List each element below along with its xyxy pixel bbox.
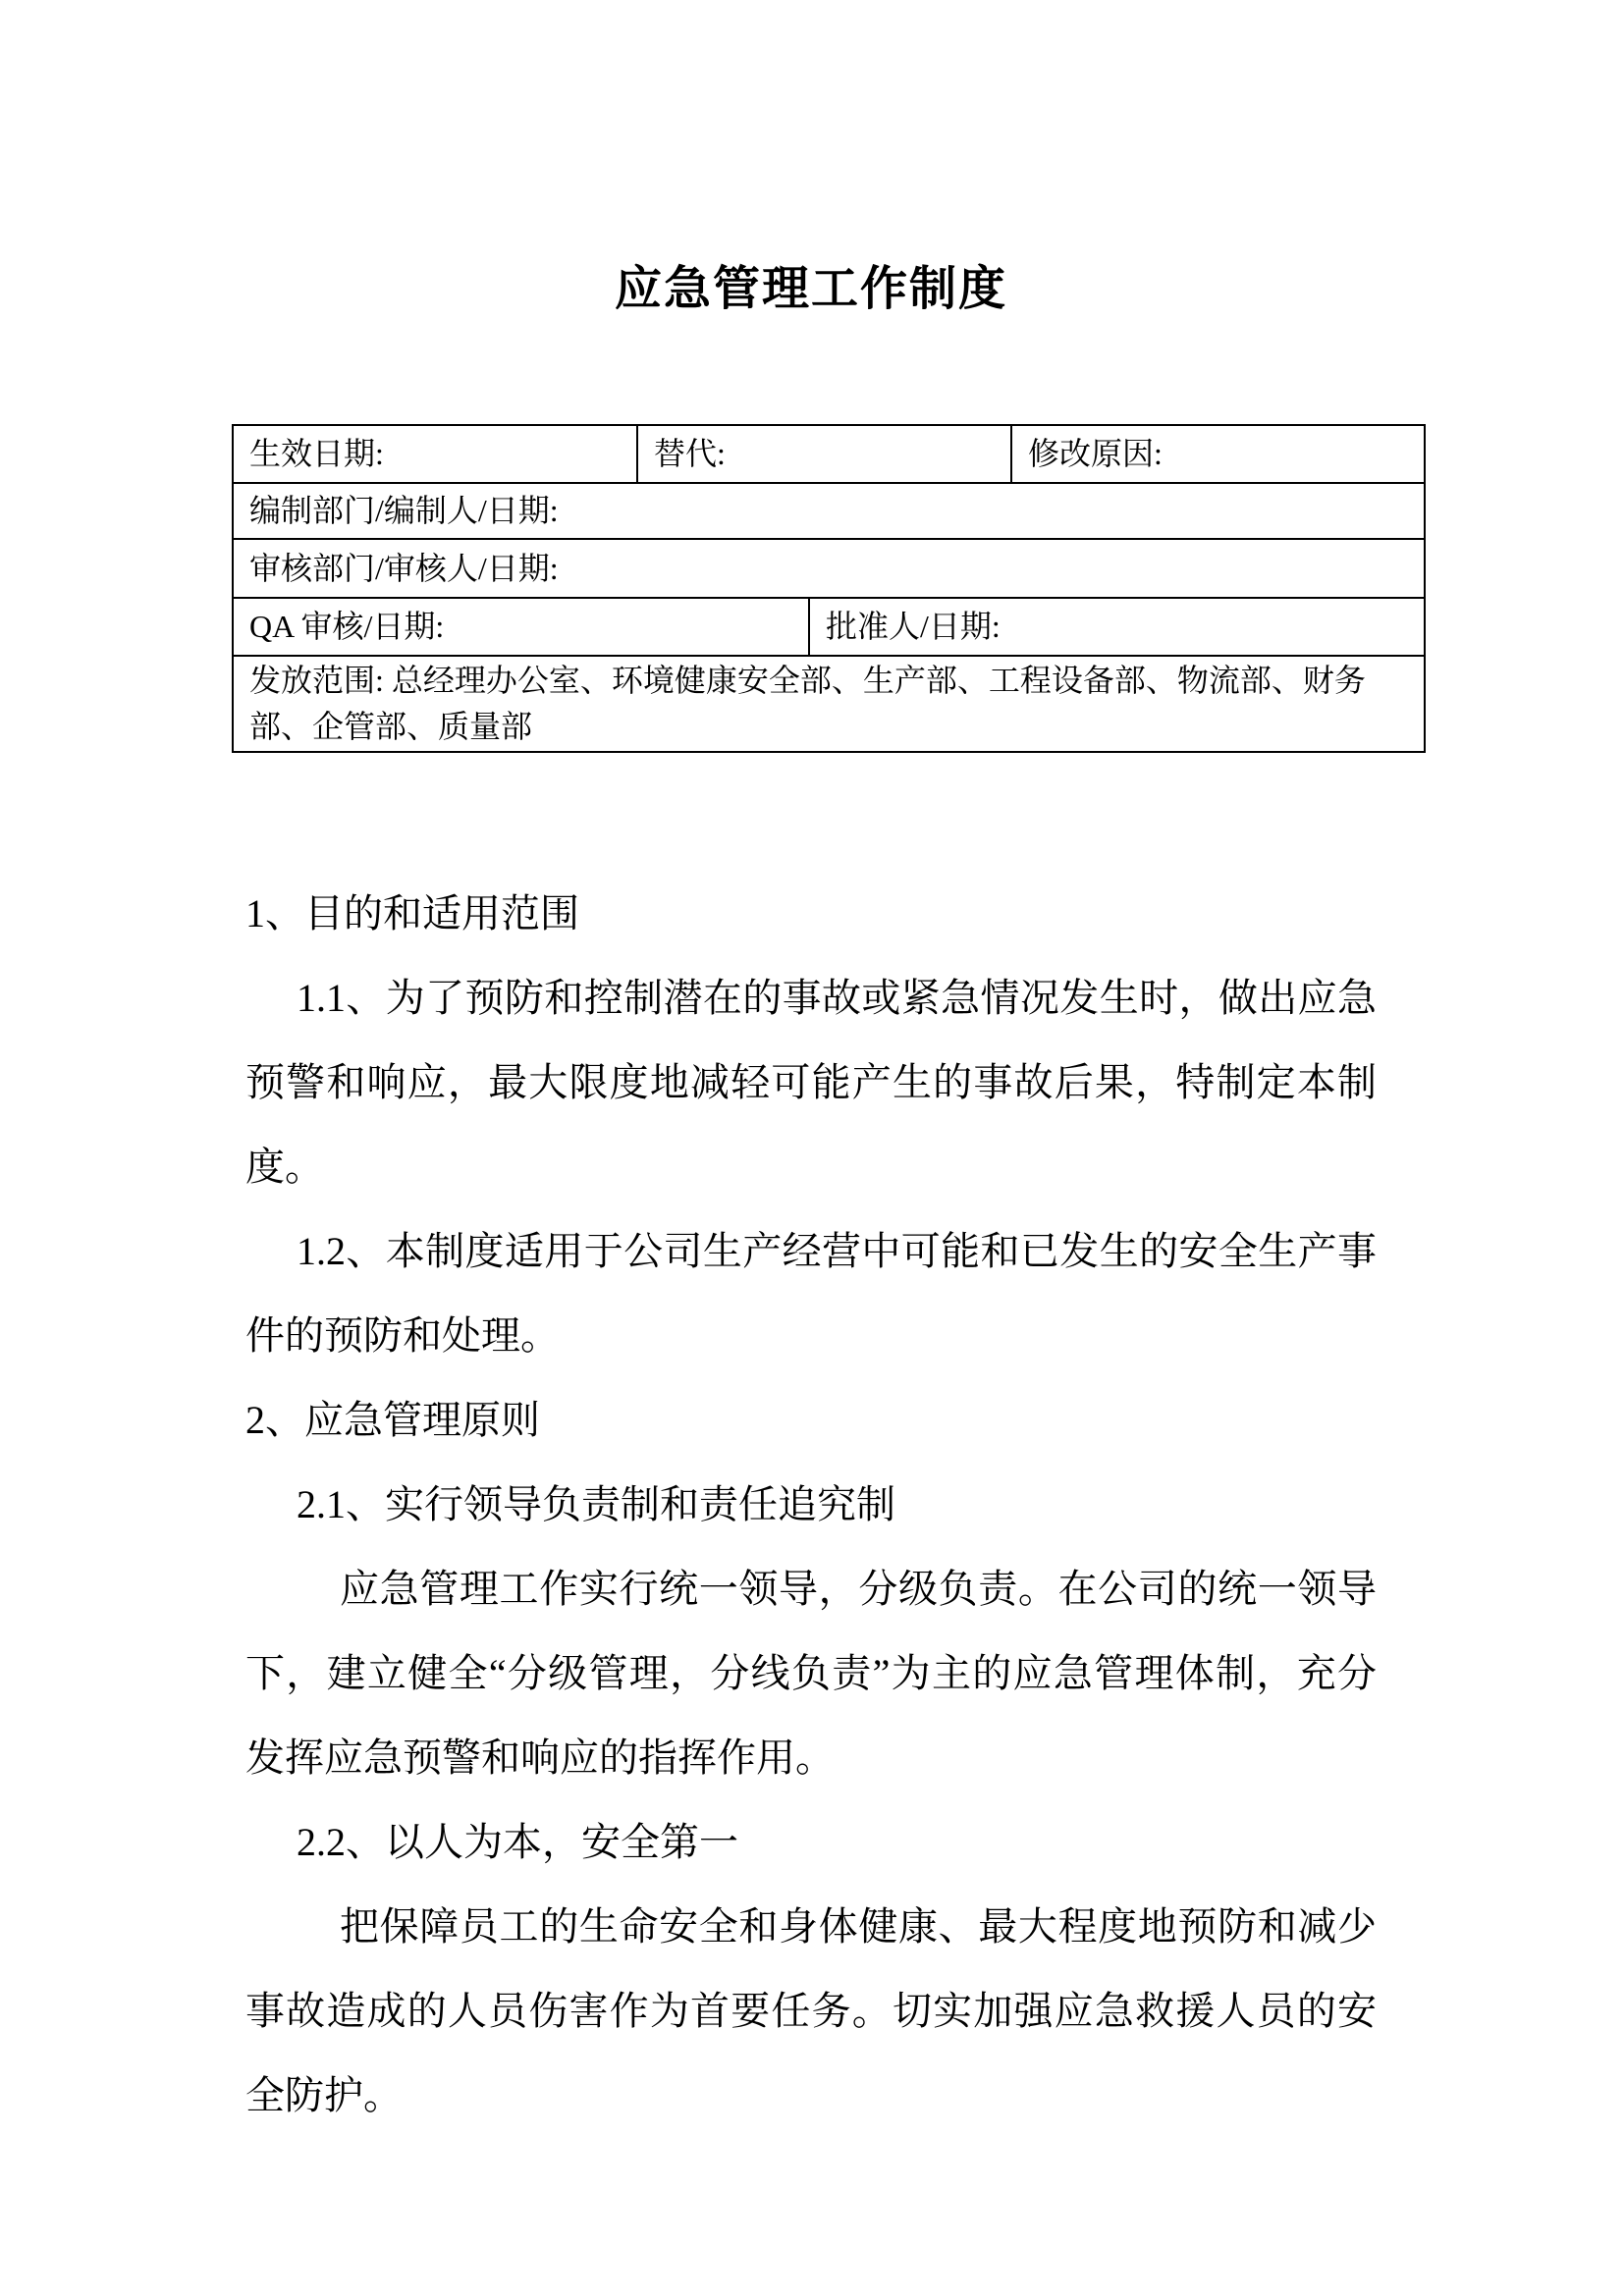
replaces-cell: 替代: bbox=[637, 425, 1011, 483]
document-title: 应急管理工作制度 bbox=[245, 263, 1377, 316]
body-paragraph-2-1-detail: 应急管理工作实行统一领导，分级负责。在公司的统一领导下，建立健全“分级管理，分线… bbox=[245, 1547, 1377, 1800]
approver-cell: 批准人/日期: bbox=[809, 598, 1425, 656]
body-paragraph-2-2: 2.2、以人为本，安全第一 bbox=[245, 1800, 1377, 1885]
prepared-by-cell: 编制部门/编制人/日期: bbox=[233, 483, 1425, 539]
body-paragraph-2-1: 2.1、实行领导负责制和责任追究制 bbox=[245, 1463, 1377, 1547]
reviewed-by-cell: 审核部门/审核人/日期: bbox=[233, 539, 1425, 598]
info-table: 生效日期: 替代: 修改原因: 编制部门/编制人/日期: 审核部门/审核人/日期… bbox=[232, 424, 1426, 753]
table-row: 审核部门/审核人/日期: bbox=[233, 539, 1425, 598]
qa-review-cell: QA 审核/日期: bbox=[233, 598, 809, 656]
document-body: 1、目的和适用范围 1.1、为了预防和控制潜在的事故或紧急情况发生时，做出应急预… bbox=[245, 872, 1377, 2138]
body-paragraph-1-1: 1.1、为了预防和控制潜在的事故或紧急情况发生时，做出应急预警和响应，最大限度地… bbox=[245, 956, 1377, 1209]
table-row: 发放范围: 总经理办公室、环境健康安全部、生产部、工程设备部、物流部、财务部、企… bbox=[233, 656, 1425, 752]
distribution-scope-cell: 发放范围: 总经理办公室、环境健康安全部、生产部、工程设备部、物流部、财务部、企… bbox=[233, 656, 1425, 752]
body-paragraph-1-2: 1.2、本制度适用于公司生产经营中可能和已发生的安全生产事件的预防和处理。 bbox=[245, 1209, 1377, 1378]
section-heading-emergency-principles: 2、应急管理原则 bbox=[245, 1378, 1377, 1463]
section-heading-purpose-scope: 1、目的和适用范围 bbox=[245, 872, 1377, 956]
body-paragraph-2-2-detail: 把保障员工的生命安全和身体健康、最大程度地预防和减少事故造成的人员伤害作为首要任… bbox=[245, 1885, 1377, 2138]
table-row: QA 审核/日期: 批准人/日期: bbox=[233, 598, 1425, 656]
table-row: 编制部门/编制人/日期: bbox=[233, 483, 1425, 539]
revision-reason-cell: 修改原因: bbox=[1011, 425, 1425, 483]
table-row: 生效日期: 替代: 修改原因: bbox=[233, 425, 1425, 483]
document-page: 应急管理工作制度 生效日期: 替代: 修改原因: 编制部门/编制人/日期: 审核… bbox=[0, 0, 1624, 2296]
effective-date-cell: 生效日期: bbox=[233, 425, 637, 483]
